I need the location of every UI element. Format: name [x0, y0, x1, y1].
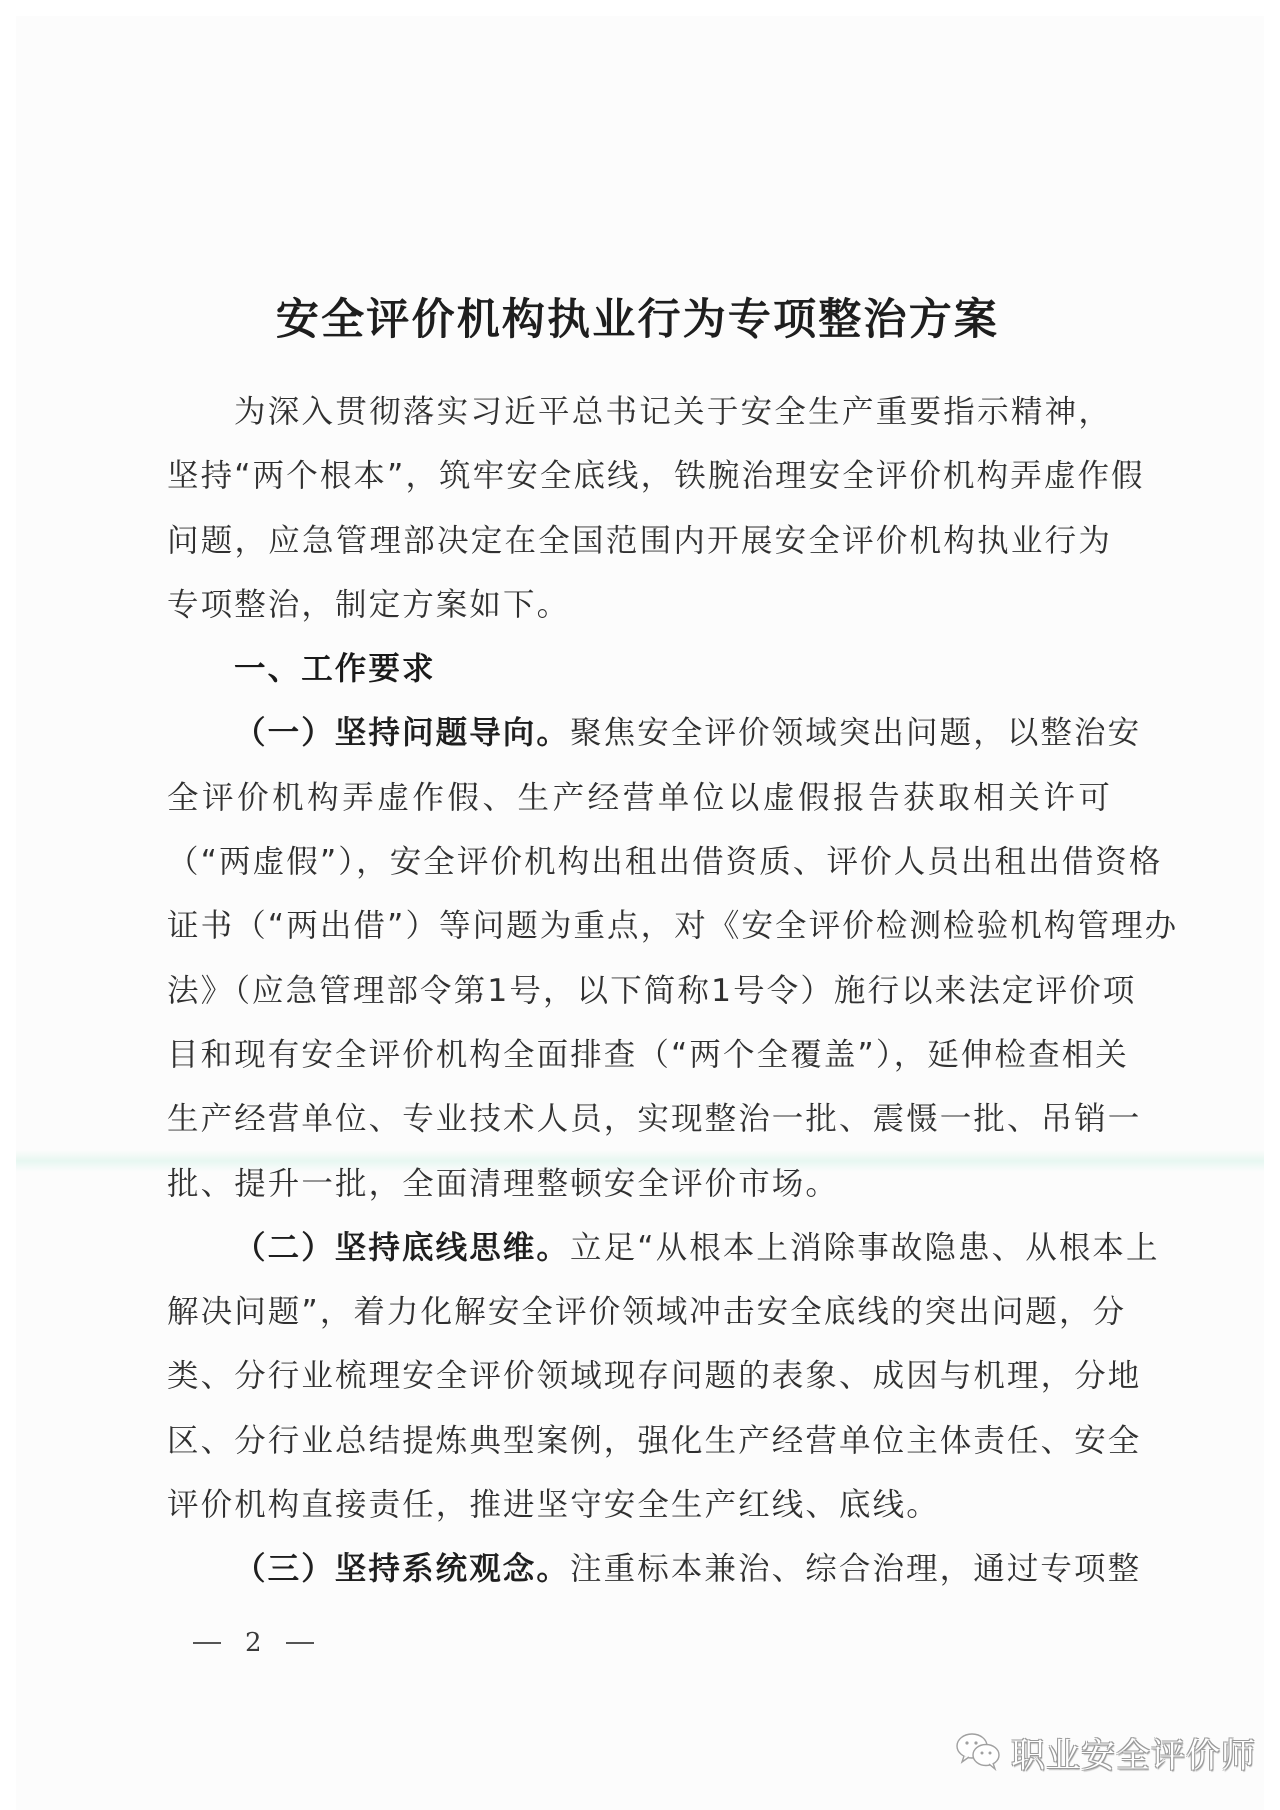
watermark-text: 职业安全评价师: [1011, 1728, 1256, 1777]
intro-line-1: 为深入贯彻落实习近平总书记关于安全生产重要指示精神，: [167, 392, 1112, 456]
page-number-value: 2: [245, 1626, 262, 1660]
page-number: 2: [193, 1626, 314, 1660]
item1-line: （“两虚假”），安全评价机构出租出借资质、评价人员出租出借资格: [167, 842, 1112, 906]
page-number-dash-right: [286, 1642, 314, 1644]
item2-line: 区、分行业总结提炼典型案例，强化生产经营单位主体责任、安全: [167, 1421, 1112, 1485]
item1-line: 法》（应急管理部令第1号，以下简称1号令）施行以来法定评价项: [167, 971, 1112, 1035]
item1-lead: （一）坚持问题导向。: [234, 715, 570, 751]
item1-line: 生产经营单位、专业技术人员，实现整治一批、震慑一批、吊销一: [167, 1099, 1112, 1163]
item1-line: 证书（“两出借”）等问题为重点，对《安全评价检测检验机构管理办: [167, 906, 1112, 970]
watermark: 职业安全评价师: [955, 1728, 1256, 1777]
item1-line: 目和现有安全评价机构全面排查（“两个全覆盖”），延伸检查相关: [167, 1035, 1112, 1099]
item3-first-line-rest: 注重标本兼治、综合治理，通过专项整: [570, 1551, 1141, 1587]
section-heading: 一、工作要求: [167, 649, 1112, 713]
item2-line: 评价机构直接责任，推进坚守安全生产红线、底线。: [167, 1485, 1112, 1549]
item2-line: 类、分行业梳理安全评价领域现存问题的表象、成因与机理，分地: [167, 1356, 1112, 1420]
item1-line: 批、提升一批，全面清理整顿安全评价市场。: [167, 1164, 1112, 1228]
page-number-dash-left: [193, 1642, 221, 1644]
item1-first-line: （一）坚持问题导向。聚焦安全评价领域突出问题，以整治安: [167, 713, 1112, 777]
document-body: 为深入贯彻落实习近平总书记关于安全生产重要指示精神， 坚持“两个根本”，筑牢安全…: [167, 392, 1112, 1614]
item3-lead: （三）坚持系统观念。: [234, 1551, 570, 1587]
intro-line-2: 坚持“两个根本”，筑牢安全底线，铁腕治理安全评价机构弄虚作假: [167, 456, 1112, 520]
item2-line: 解决问题”，着力化解安全评价领域冲击安全底线的突出问题，分: [167, 1292, 1112, 1356]
item3-first-line: （三）坚持系统观念。注重标本兼治、综合治理，通过专项整: [167, 1549, 1112, 1613]
item1-line: 全评价机构弄虚作假、生产经营单位以虚假报告获取相关许可: [167, 778, 1112, 842]
item2-first-line: （二）坚持底线思维。立足“从根本上消除事故隐患、从根本上: [167, 1228, 1112, 1292]
item2-first-line-rest: 立足“从根本上消除事故隐患、从根本上: [570, 1230, 1160, 1266]
document-title-text: 安全评价机构执业行为专项整治方案: [276, 295, 999, 345]
intro-line-4: 专项整治，制定方案如下。: [167, 585, 1112, 649]
wechat-icon: [955, 1730, 1003, 1776]
document-title: 安全评价机构执业行为专项整治方案: [0, 296, 1280, 344]
item1-first-line-rest: 聚焦安全评价领域突出问题，以整治安: [570, 715, 1141, 751]
item2-lead: （二）坚持底线思维。: [234, 1230, 570, 1266]
intro-line-3: 问题，应急管理部决定在全国范围内开展安全评价机构执业行为: [167, 521, 1112, 585]
